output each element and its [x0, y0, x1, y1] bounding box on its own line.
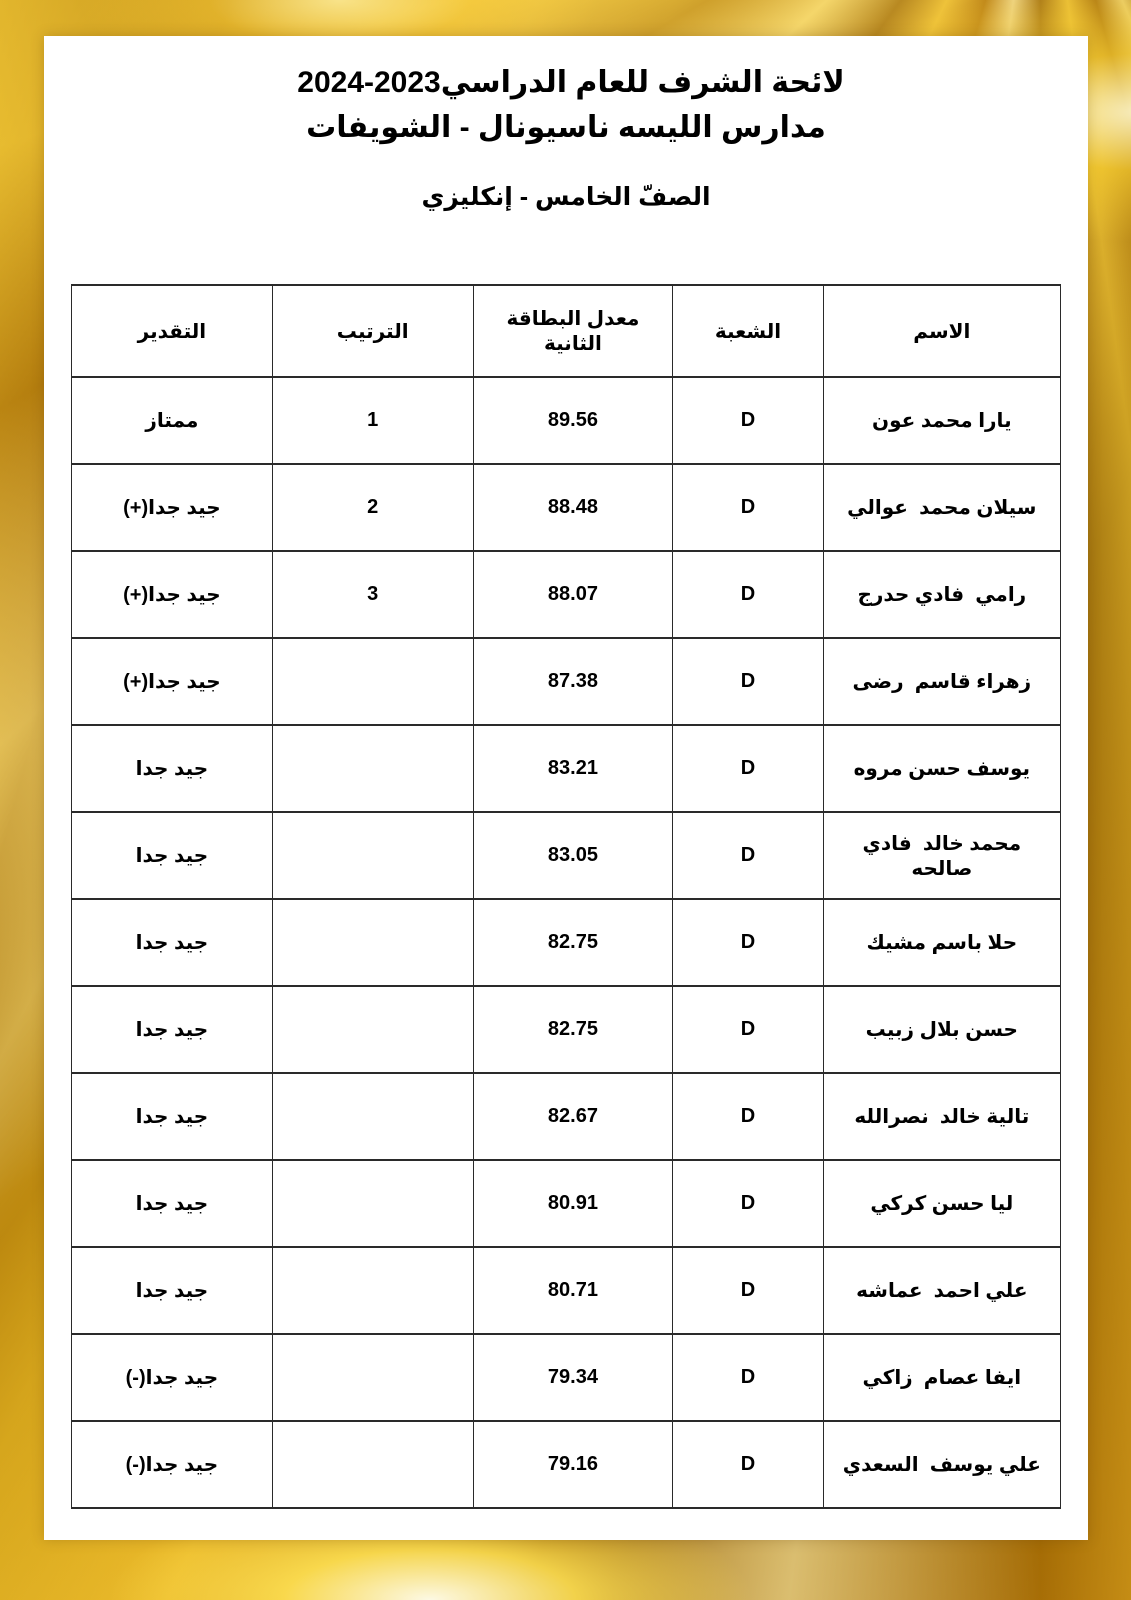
page-title-text: لائحة الشرف للعام الدراسي: [441, 66, 845, 99]
honor-roll-table: الاسم الشعبة معدل البطاقة الثانية الترتي…: [71, 284, 1061, 1509]
cell-section: D: [673, 1334, 823, 1421]
document-page: لائحة الشرف للعام الدراسي2024-2023 مدارس…: [44, 36, 1088, 1540]
cell-grade: جيد جدا: [72, 1160, 273, 1247]
document-header: لائحة الشرف للعام الدراسي2024-2023 مدارس…: [44, 60, 1088, 214]
page-title-years: 2024-2023: [297, 60, 440, 105]
cell-rank: 3: [272, 551, 473, 638]
cell-rank: [272, 1073, 473, 1160]
class-subtitle: الصفّ الخامس - إنكليزي: [44, 180, 1088, 214]
cell-name: حلا باسم مشيك: [823, 899, 1060, 986]
cell-grade: جيد جدا(-): [72, 1334, 273, 1421]
page-title: لائحة الشرف للعام الدراسي2024-2023: [44, 60, 1088, 105]
cell-average: 82.75: [473, 986, 673, 1073]
cell-average: 87.38: [473, 638, 673, 725]
column-header-rank: الترتيب: [272, 285, 473, 377]
cell-section: D: [673, 899, 823, 986]
cell-average: 79.34: [473, 1334, 673, 1421]
cell-rank: [272, 638, 473, 725]
cell-section: D: [673, 1421, 823, 1508]
cell-rank: [272, 1334, 473, 1421]
table-row: علي يوسف السعديD79.16جيد جدا(-): [72, 1421, 1061, 1508]
cell-rank: 2: [272, 464, 473, 551]
cell-name: حسن بلال زبيب: [823, 986, 1060, 1073]
cell-average: 88.07: [473, 551, 673, 638]
cell-average: 89.56: [473, 377, 673, 464]
cell-grade: جيد جدا: [72, 725, 273, 812]
column-header-grade: التقدير: [72, 285, 273, 377]
table-row: حسن بلال زبيبD82.75جيد جدا: [72, 986, 1061, 1073]
cell-name: علي يوسف السعدي: [823, 1421, 1060, 1508]
column-header-name: الاسم: [823, 285, 1060, 377]
cell-name: علي احمد عماشه: [823, 1247, 1060, 1334]
cell-section: D: [673, 1073, 823, 1160]
golden-background: { "colors": { "gold_base": "#c8860a", "g…: [0, 0, 1131, 1600]
table-row: ايفا عصام زاكيD79.34جيد جدا(-): [72, 1334, 1061, 1421]
cell-grade: جيد جدا(+): [72, 551, 273, 638]
cell-average: 80.91: [473, 1160, 673, 1247]
cell-rank: [272, 1247, 473, 1334]
cell-average: 82.67: [473, 1073, 673, 1160]
table-row: يوسف حسن مروهD83.21جيد جدا: [72, 725, 1061, 812]
table-row: حلا باسم مشيكD82.75جيد جدا: [72, 899, 1061, 986]
cell-grade: جيد جدا(-): [72, 1421, 273, 1508]
cell-grade: جيد جدا: [72, 899, 273, 986]
cell-grade: جيد جدا(+): [72, 464, 273, 551]
cell-average: 82.75: [473, 899, 673, 986]
cell-section: D: [673, 377, 823, 464]
cell-section: D: [673, 986, 823, 1073]
table-row: ليا حسن كركيD80.91جيد جدا: [72, 1160, 1061, 1247]
cell-grade: جيد جدا: [72, 986, 273, 1073]
cell-name: زهراء قاسم رضى: [823, 638, 1060, 725]
cell-grade: جيد جدا(+): [72, 638, 273, 725]
cell-name: ايفا عصام زاكي: [823, 1334, 1060, 1421]
cell-section: D: [673, 464, 823, 551]
cell-grade: جيد جدا: [72, 1247, 273, 1334]
cell-name: ليا حسن كركي: [823, 1160, 1060, 1247]
cell-rank: [272, 899, 473, 986]
cell-grade: جيد جدا: [72, 812, 273, 899]
column-header-section: الشعبة: [673, 285, 823, 377]
cell-average: 88.48: [473, 464, 673, 551]
cell-section: D: [673, 638, 823, 725]
cell-rank: [272, 812, 473, 899]
cell-rank: [272, 986, 473, 1073]
cell-rank: [272, 725, 473, 812]
cell-grade: ممتاز: [72, 377, 273, 464]
cell-name: رامي فادي حدرج: [823, 551, 1060, 638]
cell-average: 83.05: [473, 812, 673, 899]
table-row: محمد خالد فادي صالحهD83.05جيد جدا: [72, 812, 1061, 899]
table-header: الاسم الشعبة معدل البطاقة الثانية الترتي…: [72, 285, 1061, 377]
cell-name: يارا محمد عون: [823, 377, 1060, 464]
cell-average: 79.16: [473, 1421, 673, 1508]
school-name: مدارس الليسه ناسيونال - الشويفات: [44, 105, 1088, 150]
table-header-row: الاسم الشعبة معدل البطاقة الثانية الترتي…: [72, 285, 1061, 377]
table-row: زهراء قاسم رضىD87.38جيد جدا(+): [72, 638, 1061, 725]
cell-section: D: [673, 812, 823, 899]
cell-rank: [272, 1421, 473, 1508]
cell-average: 83.21: [473, 725, 673, 812]
cell-name: سيلان محمد عوالي: [823, 464, 1060, 551]
cell-section: D: [673, 551, 823, 638]
cell-rank: [272, 1160, 473, 1247]
table-row: علي احمد عماشهD80.71جيد جدا: [72, 1247, 1061, 1334]
table-row: رامي فادي حدرجD88.073جيد جدا(+): [72, 551, 1061, 638]
column-header-average: معدل البطاقة الثانية: [473, 285, 673, 377]
cell-name: محمد خالد فادي صالحه: [823, 812, 1060, 899]
table-body: يارا محمد عونD89.561ممتازسيلان محمد عوال…: [72, 377, 1061, 1508]
table-row: تالية خالد نصراللهD82.67جيد جدا: [72, 1073, 1061, 1160]
cell-grade: جيد جدا: [72, 1073, 273, 1160]
cell-rank: 1: [272, 377, 473, 464]
cell-name: تالية خالد نصرالله: [823, 1073, 1060, 1160]
cell-section: D: [673, 725, 823, 812]
table-row: سيلان محمد عواليD88.482جيد جدا(+): [72, 464, 1061, 551]
cell-name: يوسف حسن مروه: [823, 725, 1060, 812]
cell-average: 80.71: [473, 1247, 673, 1334]
cell-section: D: [673, 1247, 823, 1334]
table-row: يارا محمد عونD89.561ممتاز: [72, 377, 1061, 464]
cell-section: D: [673, 1160, 823, 1247]
